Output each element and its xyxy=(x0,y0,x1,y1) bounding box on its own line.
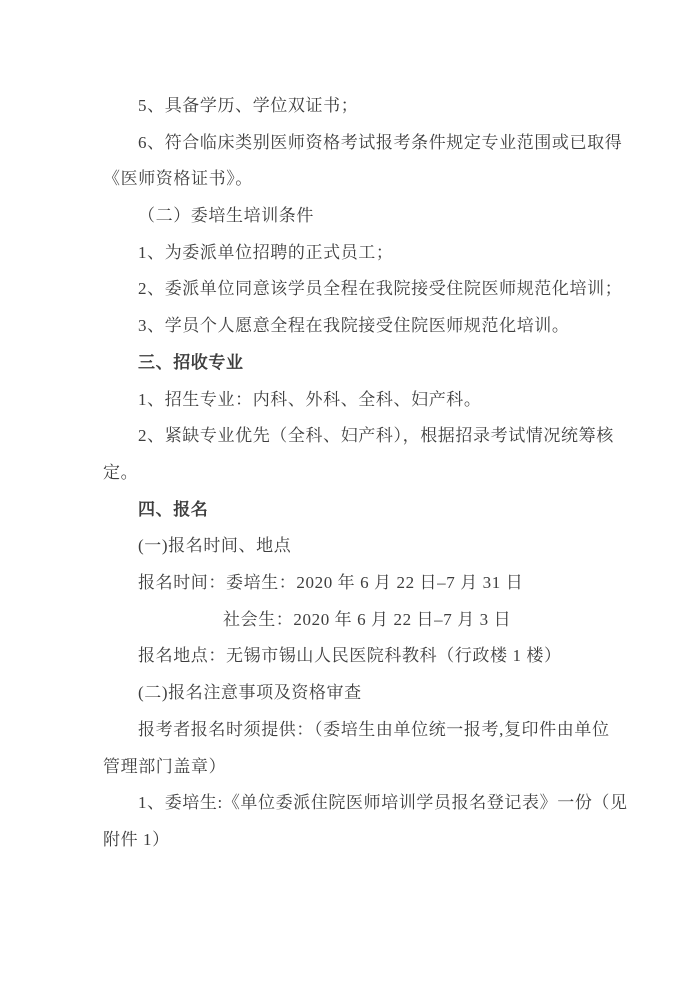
document-page: 5、具备学历、学位双证书； 6、符合临床类别医师资格考试报考条件规定专业范围或已… xyxy=(0,0,700,989)
line-weipei-form: 1、委培生:《单位委派住院医师培训学员报名登记表》一份（见 xyxy=(138,792,628,814)
line-item-6-qualification: 6、符合临床类别医师资格考试报考条件规定专业范围或已取得 xyxy=(138,132,622,154)
line-item-5-certificates: 5、具备学历、学位双证书； xyxy=(138,95,358,117)
subheading-time-location: (一)报名时间、地点 xyxy=(138,535,291,557)
line-priority-majors-wrap: 定。 xyxy=(103,462,138,484)
line-applicant-materials-wrap: 管理部门盖章） xyxy=(103,756,226,778)
heading-section-4-registration: 四、报名 xyxy=(138,499,208,521)
line-weipei-form-wrap: 附件 1） xyxy=(103,829,170,851)
heading-section-3-majors: 三、招收专业 xyxy=(138,352,244,374)
line-applicant-materials: 报考者报名时须提供：（委培生由单位统一报考,复印件由单位 xyxy=(138,719,610,741)
line-weipei-condition-1: 1、为委派单位招聘的正式员工； xyxy=(138,242,394,264)
line-priority-majors: 2、紧缺专业优先（全科、妇产科），根据招录考试情况统筹核 xyxy=(138,425,614,447)
line-item-6-qualification-wrap: 《医师资格证书》。 xyxy=(103,168,253,190)
subheading-notes-review: (二)报名注意事项及资格审查 xyxy=(138,682,362,704)
line-reg-location: 报名地点：无锡市锡山人民医院科教科（行政楼 1 楼） xyxy=(138,645,562,667)
line-reg-time-weipei: 报名时间：委培生：2020 年 6 月 22 日–7 月 31 日 xyxy=(138,572,523,594)
line-weipei-condition-3: 3、学员个人愿意全程在我院接受住院医师规范化培训。 xyxy=(138,315,570,337)
line-major-list: 1、招生专业：内科、外科、全科、妇产科。 xyxy=(138,389,482,411)
subheading-weipei-conditions: （二）委培生培训条件 xyxy=(138,205,314,227)
line-reg-time-social: 社会生：2020 年 6 月 22 日–7 月 3 日 xyxy=(223,609,511,631)
line-weipei-condition-2: 2、委派单位同意该学员全程在我院接受住院医师规范化培训； xyxy=(138,278,622,300)
